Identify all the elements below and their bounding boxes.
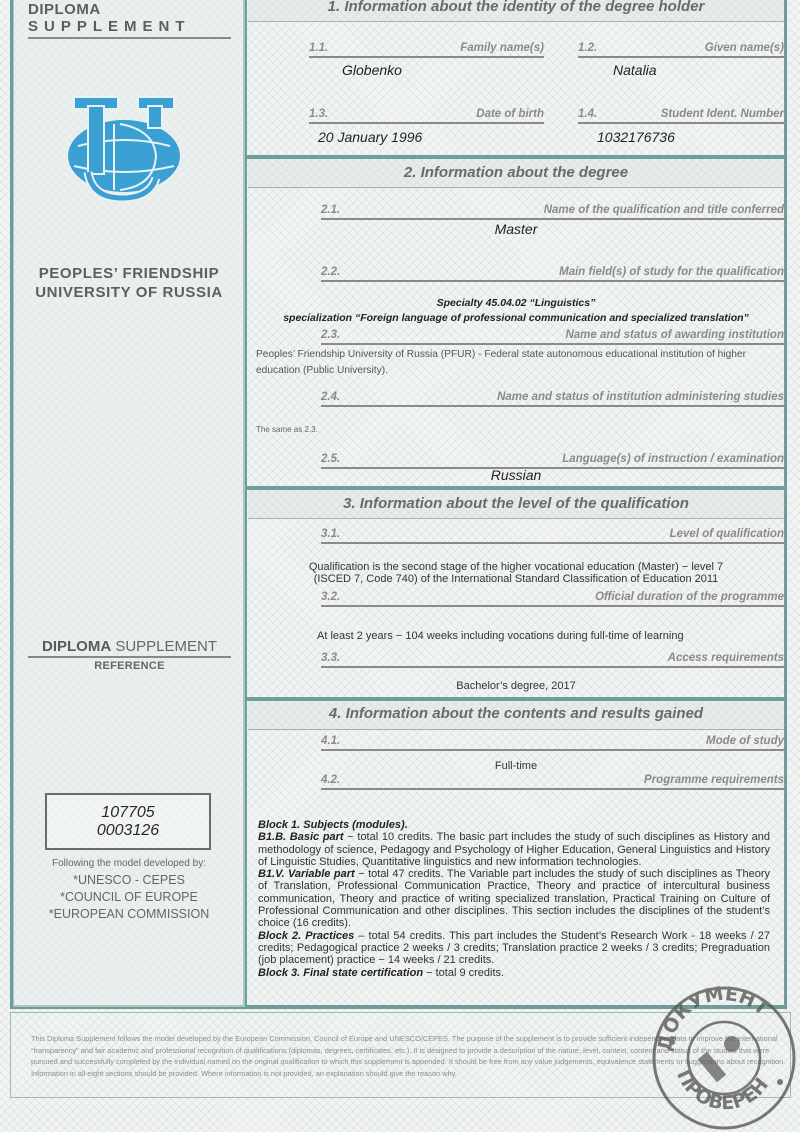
duration-value: At least 2 years − 104 weeks including v… [317,630,684,642]
awarding-institution-value: Peoples’ Friendship University of Russia… [256,347,786,379]
field-3-3: 3.3. Access requirements [321,650,784,668]
block-paragraph: Block 1. Subjects (modules). [258,819,770,831]
field-number: 2.1. [321,203,340,217]
field-1-2: 1.2. Given name(s) [578,38,784,58]
field-label: Mode of study [706,734,784,748]
field-label: Name of the qualification and title conf… [544,203,784,217]
programme-requirements-text: Block 1. Subjects (modules). B1.B. Basic… [258,819,770,979]
level-of-qualification-value: Qualification is the second stage of the… [248,561,784,585]
student-id-value: 1032176736 [597,129,675,145]
block-heading: Block 1. Subjects (modules). [258,819,408,831]
field-2-2: 2.2. Main field(s) of study for the qual… [321,264,784,282]
block-heading: Block 2. Practices [258,930,354,942]
field-label: Main field(s) of study for the qualifica… [559,265,784,279]
university-logo-icon [64,94,184,206]
block-paragraph: B1.B. Basic part − total 10 credits. The… [258,831,770,868]
field-2-4: 2.4. Name and status of institution admi… [321,389,784,407]
block-paragraph: Block 3. Final state certification − tot… [258,967,770,979]
given-name-value: Natalia [613,62,657,78]
field-label: Student Ident. Number [661,107,784,121]
model-org: *EUROPEAN COMMISSION [13,906,245,923]
block-paragraph: B1.V. Variable part − total 47 credits. … [258,868,770,929]
field-3-2: 3.2. Official duration of the programme [321,589,784,607]
field-number: 2.5. [321,452,340,466]
mode-of-study-value: Full-time [248,760,784,772]
access-requirements-value: Bachelor’s degree, 2017 [248,680,784,692]
field-label: Level of qualification [670,527,784,541]
title-line-1: DIPLOMA [28,2,231,18]
field-number: 4.1. [321,734,340,748]
model-org: *COUNCIL OF EUROPE [13,889,245,906]
section-1-title: 1. Information about the identity of the… [248,0,784,22]
language-value: Russian [248,467,784,483]
svg-text:ДОКУМЕНТ: ДОКУМЕНТ [654,984,773,1053]
field-number: 1.2. [578,41,597,55]
block-heading: B1.V. Variable part [258,868,355,880]
reference-title: DIPLOMA SUPPLEMENT [28,638,231,658]
field-number: 2.4. [321,390,340,404]
field-label: Access requirements [668,651,784,665]
date-of-birth-value: 20 January 1996 [318,129,422,145]
field-number: 2.3. [321,328,340,342]
field-label: Language(s) of instruction / examination [562,452,784,466]
model-developers: Following the model developed by: *UNESC… [13,858,245,923]
field-number: 1.3. [309,107,328,121]
specialty-line-2: specialization “Foreign language of prof… [248,311,784,326]
block-heading: B1.B. Basic part [258,831,344,843]
field-number: 3.3. [321,651,340,665]
diploma-supplement-reference: DIPLOMA SUPPLEMENT REFERENCE [28,638,231,672]
field-1-1: 1.1. Family name(s) [309,38,544,58]
title-line-2: SUPPLEMENT [28,18,231,35]
field-2-3: 2.3. Name and status of awarding institu… [321,327,784,345]
reference-title-bold: DIPLOMA [42,638,111,655]
field-4-2: 4.2. Programme requirements [321,772,784,790]
field-3-1: 3.1. Level of qualification [321,526,784,544]
diploma-supplement-title: DIPLOMA SUPPLEMENT [28,2,231,39]
field-number: 1.4. [578,107,597,121]
field-number: 3.2. [321,590,340,604]
field-2-1: 2.1. Name of the qualification and title… [321,202,784,220]
block-heading: Block 3. Final state certification [258,967,423,979]
field-label: Family name(s) [460,41,544,55]
model-org: *UNESCO - CEPES [13,872,245,889]
field-label: Name and status of awarding institution [565,328,784,342]
section-3-title: 3. Information about the level of the qu… [248,490,784,519]
field-label: Name and status of institution administe… [497,390,784,404]
university-name: PEOPLES’ FRIENDSHIP UNIVERSITY OF RUSSIA [13,264,245,302]
serial-line-1: 107705 [47,804,209,822]
field-label: Given name(s) [705,41,784,55]
block-body: − total 9 credits. [423,967,504,979]
frame-border-right [784,0,787,1008]
field-label: Date of birth [476,107,544,121]
field-number: 4.2. [321,773,340,787]
section-4-title: 4. Information about the contents and re… [248,701,784,730]
field-number: 3.1. [321,527,340,541]
stamp-top-text: ДОКУМЕНТ [654,984,773,1053]
level-line-2: (ISCED 7, Code 740) of the International… [248,573,784,585]
qualification-value: Master [248,221,784,237]
field-label: Programme requirements [644,773,784,787]
specialty-line-1: Specialty 45.04.02 “Linguistics” [248,296,784,311]
reference-subtitle: REFERENCE [28,660,231,672]
serial-number-box: 107705 0003126 [45,793,211,850]
field-4-1: 4.1. Mode of study [321,733,784,751]
field-number: 2.2. [321,265,340,279]
field-1-3: 1.3. Date of birth [309,104,544,124]
specialty-value: Specialty 45.04.02 “Linguistics” special… [248,296,784,326]
approval-stamp-icon: ДОКУМЕНТ ПРОВЕРЕН [650,984,798,1132]
family-name-value: Globenko [342,62,402,78]
model-intro: Following the model developed by: [13,858,245,869]
serial-line-2: 0003126 [47,822,209,840]
field-1-4: 1.4. Student Ident. Number [578,104,784,124]
field-label: Official duration of the programme [595,590,784,604]
reference-title-rest: SUPPLEMENT [111,638,217,655]
level-line-1: Qualification is the second stage of the… [248,561,784,573]
administering-institution-value: The same as 2.3. [256,422,318,438]
field-number: 1.1. [309,41,328,55]
section-2-title: 2. Information about the degree [248,159,784,188]
university-name-line-2: UNIVERSITY OF RUSSIA [13,283,245,302]
block-paragraph: Block 2. Practices – total 54 credits. T… [258,930,770,967]
university-name-line-1: PEOPLES’ FRIENDSHIP [13,264,245,283]
